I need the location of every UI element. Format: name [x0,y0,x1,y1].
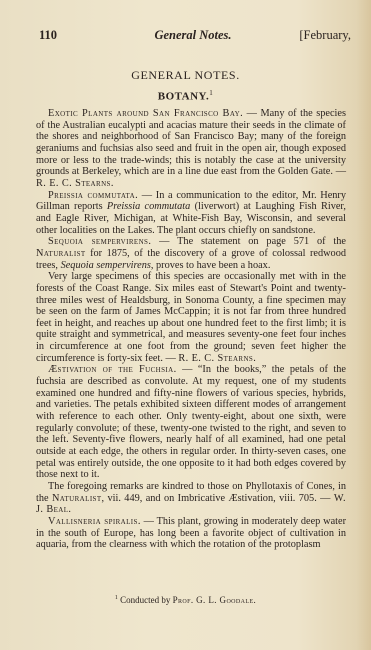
paragraph-fuchsia: Æstivation of the Fuchsia. — “In the boo… [36,364,346,481]
footnote: 1 Conducted by Prof. G. L. Goodale. [0,595,371,605]
article-heading: Exotic Plants around San Francisco Bay. [48,108,243,119]
paragraph-foregoing-remarks: The foregoing remarks are kindred to tho… [36,481,346,516]
paragraph-vallisneria: Vallisneria spiralis. — This plant, grow… [36,516,346,551]
species-name: Sequoia sempervirens [61,260,151,271]
footnote-marker: 1 [209,89,213,97]
article-heading: Sequoia sempervirens. [48,236,151,247]
paragraph-text: — The statement on page 571 of the [151,236,346,247]
journal-name: Naturalist [36,248,86,259]
paragraph-text: , proves to have been a hoax. [151,260,271,271]
article-heading: Æstivation of the Fuchsia. [48,364,177,375]
section-title: GENERAL NOTES. [0,68,371,83]
paragraph-text: — “In the books,” the petals of the fuch… [36,364,346,480]
paragraph-exotic-plants: Exotic Plants around San Francisco Bay. … [36,108,346,190]
journal-name: Naturalist [52,493,102,504]
subsection-title: BOTANY.1 [0,89,371,103]
article-heading: Preissia commutata. [48,190,138,201]
paragraph-preissia: Preissia commutata. — In a communication… [36,190,346,237]
article-heading: Vallisneria spiralis. [48,516,141,527]
subsection-title-text: BOTANY. [158,91,210,103]
author-signature: R. E. C. Stearns. [36,178,114,189]
book-page: 110 General Notes. [February, GENERAL NO… [0,0,371,650]
paragraph-sequoia-specimens: Very large specimens of this species are… [36,271,346,364]
footnote-number: 1 [115,595,118,601]
paragraph-text: Very large specimens of this species are… [36,271,346,364]
paragraph-text: , vii. 449, and on Imbricative Æstivatio… [102,493,334,504]
paragraph-sequoia: Sequoia sempervirens. — The statement on… [36,236,346,271]
footnote-text: Conducted by [120,595,173,605]
species-name: Preissia commutata [107,201,190,212]
author-signature: R. E. C. Stearns. [178,353,256,364]
footnote-author: Prof. G. L. Goodale. [173,595,257,605]
running-date: [February, [299,28,351,42]
article-body: Exotic Plants around San Francisco Bay. … [36,108,346,551]
